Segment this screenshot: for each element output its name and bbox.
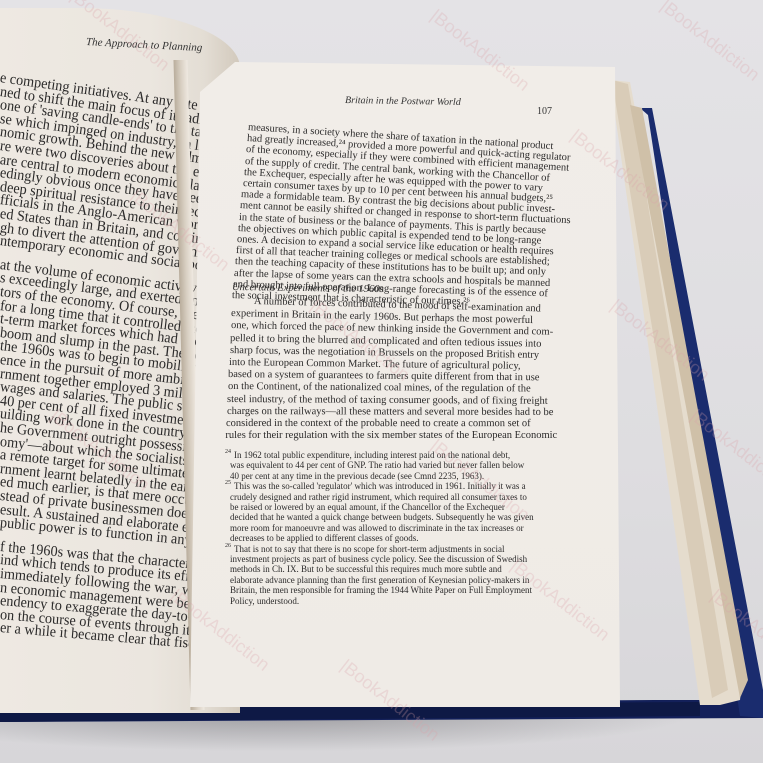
footnote-line: This was the so-called 'regulator' which… — [234, 481, 526, 491]
footnote-marker: 25 — [225, 480, 231, 486]
body-text-line: on the Continent, of the nationalized co… — [228, 381, 531, 394]
footnote-line: In 1962 total public expenditure, includ… — [234, 450, 510, 460]
footnote-line: be raised or lowered by an equal amount,… — [230, 502, 505, 512]
footnote-line: 40 per cent at any time in the previous … — [230, 471, 484, 481]
footnote-line: Policy, understood. — [230, 596, 299, 606]
footnote-line: Britain, the men responsible for framing… — [230, 585, 532, 595]
body-text-line: rules for their regulation with the six … — [225, 430, 557, 441]
footnote-line: methods in Ch. IX. But to be successful … — [230, 564, 502, 574]
footnote-line: decided that he wanted a quick change be… — [230, 512, 534, 522]
footnote-marker: 26 — [225, 543, 231, 549]
body-text-line: charges on the railways—all these matter… — [227, 406, 553, 418]
body-text-line: steel industry, of the method of taxing … — [227, 394, 548, 407]
footnote-line: investment projects as part of business … — [230, 554, 527, 564]
section-heading: Uncertain Experiments of the 1960s — [232, 282, 384, 295]
body-text-line: considered in the context of the probabl… — [226, 418, 531, 429]
footnote-line: elaborate advance planning than the firs… — [230, 575, 529, 585]
footnote-marker: 24 — [225, 449, 231, 455]
footnote-line: crudely designed and rather rigid instru… — [230, 492, 527, 502]
footnote-line: decreases to be applied to different cla… — [230, 533, 419, 543]
right-page-text: measures, in a society where the share o… — [0, 0, 763, 763]
footnote-line: That is not to say that there is no scop… — [234, 544, 504, 554]
footnote-line: more room for manoeuvre and was allowed … — [230, 523, 524, 533]
footnote-line: was equivalent to 44 per cent of GNP. Th… — [230, 460, 524, 470]
